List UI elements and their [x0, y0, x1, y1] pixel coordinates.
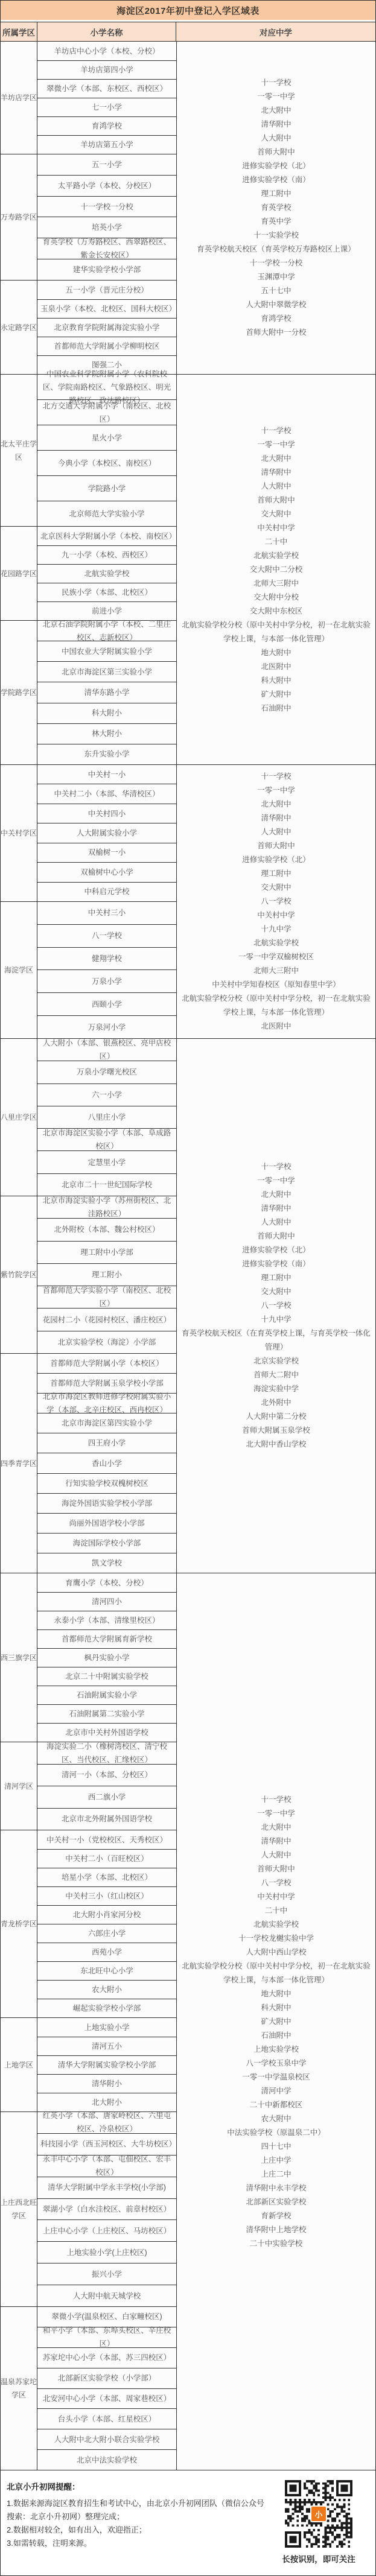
primary-school-cell: 翠湖小学（白水洼校区、前章村校区）	[37, 2198, 176, 2220]
district-group: 青龙桥学区中关村一小（党校校区、天秀校区）中关村二小（百旺校区）培星小学（本部、…	[1, 1830, 176, 2017]
middle-school-item: 十一实验学校	[253, 229, 299, 243]
primary-school-cell: 培英小学	[37, 217, 176, 238]
primary-school-cell: 清河一小（本部、分校区）	[37, 1764, 176, 1786]
middle-school-item: 育英中学	[261, 215, 291, 229]
page-title: 海淀区2017年初中登记入学区域表	[1, 1, 375, 20]
middle-school-item: 科大附中	[261, 2001, 291, 2015]
middle-school-item: 北航实验学校分校（原中关村中学分校，初一在北航实验学校上课，与本部一体化管理）	[180, 1959, 372, 1987]
district-group: 永定路学区五一小学（晋元庄分校）玉泉小学（本校、北校区、国科大校区）北京教育学院…	[1, 280, 176, 374]
middle-school-item: 交大附中	[261, 507, 291, 521]
primary-school-cell: 东升实验小学	[37, 744, 176, 764]
primary-school-cell: 海淀实验二小（橡树湾校区、清宁校区、当代校区、汇缘校区）	[37, 1742, 176, 1764]
middle-school-item: 北航实验学校	[253, 936, 299, 950]
middle-school-item: 上地实验学校	[253, 2043, 299, 2057]
middle-school-item: 人大附中	[261, 480, 291, 493]
district-cell: 北太平庄学区	[1, 375, 37, 526]
primary-school-cell: 北京市海淀区实验小学（本部、阜成路校区）	[37, 1128, 176, 1150]
middle-school-item: 农大附中	[261, 2112, 291, 2126]
middle-school-item: 十一学校	[261, 76, 291, 90]
primary-school-cell: 首都师范大学附属小学柳明校区	[37, 337, 176, 355]
middle-school-item: 北师大三附中	[253, 577, 299, 591]
primary-school-rows: 红英小学（本部、唐家岭校区、六里屯校区、冷泉校区）科技园小学（西玉河校区、大牛坊…	[37, 2112, 176, 2306]
primary-school-cell: 理工附小	[37, 1263, 176, 1286]
middle-school-item: 北师大三附中	[253, 964, 299, 978]
middle-school-item: 清华附中永丰学校	[246, 2181, 306, 2195]
primary-school-cell: 八里庄小学	[37, 1106, 176, 1128]
primary-school-cell: 中国农业大学附属实验小学	[37, 641, 176, 661]
middle-school-item: 北京实验学校	[253, 1354, 299, 1368]
district-group: 花园路学区北京医科大学附属小学（本校、南校区）九一小学（本校、西校区）北航实验学…	[1, 526, 176, 620]
primary-school-cell: 海淀国际学校小学部	[37, 1533, 176, 1553]
footer-note: 3.如需转载，注明来源。	[7, 2537, 264, 2550]
primary-school-cell: 北大附小肖家河分校	[37, 1905, 176, 1924]
primary-school-cell: 永泰小学（本部、清缘里校区）	[37, 1611, 176, 1629]
middle-school-item: 北医附中	[261, 660, 291, 674]
middle-school-item: 一零一中学温泉校区	[242, 2070, 310, 2084]
middle-school-item: 一零一中学双榆树校区	[238, 950, 314, 964]
primary-school-rows: 中关村三小八一学校健翔学校万泉小学西颐小学万泉河小学	[37, 902, 176, 1038]
middle-school-item: 育英学校	[261, 201, 291, 215]
primary-school-cell: 石油附属第二实验小学	[37, 1704, 176, 1723]
district-group: 上地学区上地实验小学清河五小清华大学附属实验学校小学部清华附小北大附小	[1, 2017, 176, 2111]
enrollment-table-sheet: 海淀区2017年初中登记入学区域表 所属学区 小学名称 对应中学 羊坊店学区羊坊…	[0, 0, 376, 2576]
middle-school-item: 上庄二中	[261, 2168, 291, 2181]
table-header-row: 所属学区 小学名称 对应中学	[1, 22, 375, 42]
primary-school-cell: 西颐小学	[37, 992, 176, 1015]
primary-school-cell: 健翔学校	[37, 947, 176, 970]
middle-school-item: 北大附中	[261, 452, 291, 466]
middle-school-item: 八一学校	[261, 1299, 291, 1313]
qr-block: 小 长按识别，即可关注	[268, 2480, 369, 2565]
middle-school-item: 进修实验学校（北）	[242, 853, 310, 867]
footer-note: 2.数据相对较全，如有出入，欢迎指正；	[7, 2524, 264, 2537]
middle-school-item: 北航实验学校分校（原中关村中学分校，初一在北航实验学校上课，与本部一体化管理）	[180, 618, 372, 646]
middle-school-item: 科大附中	[261, 674, 291, 688]
middle-school-item: 十一学校	[261, 424, 291, 438]
table-body: 羊坊店学区羊坊店中心小学（本校、分校）羊坊店第四小学翠微小学（本部、东校区、西校…	[1, 42, 375, 2470]
middle-school-item: 十一学校一分校	[250, 256, 303, 270]
middle-school-item: 十九中学	[261, 1313, 291, 1327]
primary-school-cell: 六郎庄小学	[37, 1924, 176, 1943]
middle-school-item: 八一学校	[261, 895, 291, 909]
middle-school-item: 清华附中	[261, 118, 291, 132]
middle-school-item: 石油附中	[261, 702, 291, 715]
primary-school-cell: 定慧里小学	[37, 1150, 176, 1173]
middle-school-item: 地大附中	[261, 1987, 291, 2001]
primary-school-cell: 今典小学（本校区、南校区）	[37, 450, 176, 475]
middle-school-item: 首师大附中	[257, 145, 295, 159]
footer-heading: 北京小升初网提醒：	[7, 2480, 264, 2492]
district-cell: 学院路学区	[1, 621, 37, 764]
district-cell: 上庄西北旺学区	[1, 2112, 37, 2306]
middle-school-item: 一零一中学	[257, 438, 295, 452]
middle-school-list: 十一学校一零一中学北大附中清华附中人大附中首师大附中交大附中中关村中学二十中北航…	[177, 375, 375, 764]
primary-school-cell: 学院路小学	[37, 475, 176, 501]
primary-school-rows: 五一小学太平路小学（本校、分校区）十一学校一分校培英小学育英学校（万寿路校区、西…	[37, 154, 176, 280]
primary-school-cell: 北京市海淀区教师进修学校附属实验小学（本部、北辛庄校区、西冉校区）	[37, 1393, 176, 1413]
middle-school-item: 育英学校航天校区（在育英学校上课，与育英学校一体化管理）	[180, 1327, 372, 1354]
primary-school-cell: 北京市中关村外国语学校	[37, 1723, 176, 1742]
region-row: 西三旗学区育鹰小学（本校、分校）清河四小永泰小学（本部、清缘里校区）首都师范大学…	[1, 1573, 375, 2470]
primary-school-cell: 北京市北外附属外国语学校	[37, 1808, 176, 1830]
primary-school-cell: 北京市海淀区第三实验小学	[37, 661, 176, 682]
primary-school-cell: 万泉河小学	[37, 1015, 176, 1038]
primary-school-cell: 花园村二小（花园村校区、潘庄校区）	[37, 1308, 176, 1330]
primary-school-cell: 玉泉小学（本校、北校区、国科大校区）	[37, 299, 176, 318]
primary-school-cell: 首都师范大学附属育新学校	[37, 1629, 176, 1648]
middle-school-item: 交大附中	[261, 881, 291, 895]
region-row: 羊坊店学区羊坊店中心小学（本校、分校）羊坊店第四小学翠微小学（本部、东校区、西校…	[1, 42, 375, 374]
district-cell: 紫竹院学区	[1, 1196, 37, 1353]
primary-school-cell: 九一小学（本校、西校区）	[37, 545, 176, 564]
middle-school-item: 人大附中	[261, 132, 291, 145]
middle-school-item: 理工附中	[261, 867, 291, 881]
district-cell: 四季青学区	[1, 1354, 37, 1573]
primary-school-cell: 农大附小	[37, 1980, 176, 1999]
middle-school-item: 首师大附中	[257, 493, 295, 507]
middle-school-item: 二十中	[265, 535, 288, 549]
middle-school-item: 北外附中	[261, 1396, 291, 1410]
primary-school-rows: 中关村一小中关村二小（本部、华清校区）中关村四小人大附属实验小学双榆树一小双榆树…	[37, 765, 176, 901]
middle-school-item: 人大附中	[261, 1848, 291, 1862]
middle-school-item: 十九中学	[261, 922, 291, 936]
district-group: 紫竹院学区北京市海淀实验小学（苏州街校区、北洼路校区）北外附校（本部、魏公村校区…	[1, 1196, 176, 1353]
qr-logo-icon: 小	[310, 2505, 327, 2522]
primary-school-cell: 台头小学（本部、红星校区）	[37, 2408, 176, 2429]
primary-school-cell: 西苑小学	[37, 1943, 176, 1961]
primary-school-cell: 北京石油学院附属小学（本校、二里庄校区、志新校区）	[37, 621, 176, 641]
middle-school-item: 矿大附中	[261, 2015, 291, 2029]
primary-school-cell: 万泉小学	[37, 969, 176, 992]
primary-school-cell: 上地实验小学	[37, 2018, 176, 2037]
middle-school-item: 首师大附中	[257, 1229, 295, 1243]
district-group: 万寿路学区五一小学太平路小学（本校、分校区）十一学校一分校培英小学育英学校（万寿…	[1, 154, 176, 280]
primary-school-cell: 清华附小	[37, 2074, 176, 2093]
middle-school-item: 玉渊潭中学	[257, 270, 295, 284]
primary-school-cell: 苏家坨中心小学（本部、苏三四校区）	[37, 2347, 176, 2368]
primary-school-cell: 振兴小学	[37, 2263, 176, 2285]
primary-school-cell: 北京市海淀实验小学（苏州街校区、北洼路校区）	[37, 1196, 176, 1218]
primary-school-cell: 北方交通大学附属小学（南校区、北校区）	[37, 399, 176, 425]
middle-school-item: 进修实验学校（南）	[242, 1257, 310, 1271]
district-group: 清河学区海淀实验二小（橡树湾校区、清宁校区、当代校区、汇缘校区）清河一小（本部、…	[1, 1742, 176, 1830]
middle-school-item: 一零一中学	[257, 1174, 295, 1188]
primary-school-cell: 翠微小学（本部、东校区、西校区）	[37, 79, 176, 98]
primary-school-rows: 翠微小学(温泉校区、白家疃校区)和平小学（本部、东埠头校区、辛庄校区）苏家坨中心…	[37, 2307, 176, 2470]
middle-school-item: 一零一中学	[257, 90, 295, 104]
primary-school-cell: 清河五小	[37, 2037, 176, 2055]
primary-school-cell: 北京市二十一世纪国际学校	[37, 1173, 176, 1196]
primary-school-rows: 北京医科大学附属小学（本校、南校区）九一小学（本校、西校区）北航实验学校民族小学…	[37, 527, 176, 620]
middle-school-item: 四十七中	[261, 2140, 291, 2154]
primary-school-rows: 北京市海淀实验小学（苏州街校区、北洼路校区）北外附校（本部、魏公村校区）理工附中…	[37, 1196, 176, 1353]
middle-school-item: 十一学校龙樾实验中学	[238, 1932, 314, 1946]
footer-note-section: 北京小升初网提醒： 1.数据来源海淀区教育招生和考试中心，由北京小升初网团队（微…	[1, 2470, 375, 2575]
primary-school-cell: 中关村一小（党校校区、天秀校区）	[37, 1830, 176, 1849]
middle-school-list: 十一学校一零一中学北大附中清华附中人大附中首师大附中进修实验学校（北）理工附中交…	[177, 765, 375, 1038]
district-cell: 中关村学区	[1, 765, 37, 901]
middle-school-item: 北部新区实验学校	[246, 2195, 306, 2209]
middle-school-item: 育新学校	[261, 2209, 291, 2223]
primary-school-cell: 五一小学	[37, 154, 176, 175]
middle-school-item: 清华附中	[261, 1835, 291, 1848]
primary-school-cell: 育英学校（万寿路校区、西翠路校区、紫金长安校区）	[37, 238, 176, 259]
district-group: 学院路学区北京石油学院附属小学（本校、二里庄校区、志新校区）中国农业大学附属实验…	[1, 620, 176, 764]
primary-school-rows: 羊坊店中心小学（本校、分校）羊坊店第四小学翠微小学（本部、东校区、西校区）七一小…	[37, 42, 176, 154]
district-cell: 羊坊店学区	[1, 42, 37, 154]
primary-school-cell: 中关村三小（红山校区）	[37, 1886, 176, 1905]
primary-school-cell: 北部新区实验学校（小学部）	[37, 2368, 176, 2388]
middle-school-item: 海淀实验中学	[253, 1382, 299, 1396]
primary-school-cell: 北外附校（本部、魏公村校区）	[37, 1218, 176, 1240]
middle-school-item: 北大附中	[261, 1188, 291, 1202]
middle-school-item: 中关村中学	[257, 521, 295, 535]
district-group: 中关村学区中关村一小中关村二小（本部、华清校区）中关村四小人大附属实验小学双榆树…	[1, 765, 176, 901]
middle-school-item: 上庄中学	[261, 2154, 291, 2168]
middle-school-item: 交大附中东校区	[250, 604, 303, 618]
middle-school-item: 北大附中	[261, 1821, 291, 1835]
primary-school-cell: 清华大学附属中学永丰学校(小学部)	[37, 2177, 176, 2198]
middle-school-item: 北航实验学校	[253, 1918, 299, 1932]
primary-school-rows: 首都师范大学附属小学（本校区）首都师范大学附属玉泉学校小学部北京市海淀区教师进修…	[37, 1354, 176, 1573]
region-row: 八里庄学区人大附小（本部、银燕校区、亮甲店校区）万泉小学曙光校区六一小学八里庄小…	[1, 1038, 375, 1573]
primary-school-cell: 人大附小（本部、银燕校区、亮甲店校区）	[37, 1039, 176, 1061]
primary-school-cell: 太平路小学（本校、分校区）	[37, 175, 176, 196]
primary-school-cell: 清华东路小学	[37, 682, 176, 702]
middle-school-item: 人大附中翠微学校	[246, 298, 306, 312]
middle-school-item: 地大附中	[261, 646, 291, 660]
region-left-columns: 中关村学区中关村一小中关村二小（本部、华清校区）中关村四小人大附属实验小学双榆树…	[1, 765, 177, 1038]
middle-school-item: 理工附中	[261, 187, 291, 201]
middle-school-item: 首师大二附中	[253, 1368, 299, 1382]
column-header-middle-school: 对应中学	[176, 22, 375, 41]
qr-code[interactable]: 小	[285, 2480, 352, 2548]
primary-school-cell: 上庄中心小学（上庄校区、马坊校区）	[37, 2219, 176, 2241]
middle-school-item: 十一学校	[261, 770, 291, 784]
region-row: 北太平庄学区中国农业科学院附属小学（农科院校区、学院南路校区、气象路校区、明光路…	[1, 374, 375, 764]
middle-school-item: 北大附中	[261, 798, 291, 811]
middle-school-item: 首师大附属玉泉学校	[242, 1424, 310, 1438]
district-group: 北太平庄学区中国农业科学院附属小学（农科院校区、学院南路校区、气象路校区、明光路…	[1, 375, 176, 526]
district-group: 西三旗学区育鹰小学（本校、分校）清河四小永泰小学（本部、清缘里校区）首都师范大学…	[1, 1573, 176, 1742]
middle-school-item: 北大附中香山学校	[246, 1438, 306, 1451]
middle-school-item: 人大附中	[261, 825, 291, 839]
primary-school-cell: 中关村二小（百旺校区）	[37, 1849, 176, 1868]
primary-school-cell: 尚丽外国语学校小学部	[37, 1513, 176, 1533]
middle-school-list: 十一学校一零一中学北大附中清华附中人大附中首师大附中八一学校中关村中学二十中北航…	[177, 1573, 375, 2470]
primary-school-cell: 羊坊店中心小学（本校、分校）	[37, 42, 176, 60]
primary-school-cell: 星火小学	[37, 425, 176, 450]
primary-school-cell: 石油附属实验小学	[37, 1686, 176, 1704]
primary-school-cell: 科大附小	[37, 703, 176, 723]
primary-school-cell: 首都师范大学附属小学（本校区）	[37, 1354, 176, 1373]
primary-school-cell: 红英小学（本部、唐家岭校区、六里屯校区、冷泉校区）	[37, 2112, 176, 2133]
region-left-columns: 北太平庄学区中国农业科学院附属小学（农科院校区、学院南路校区、气象路校区、明光路…	[1, 375, 177, 764]
primary-school-cell: 万泉小学曙光校区	[37, 1061, 176, 1083]
primary-school-cell: 双榆树一小	[37, 843, 176, 862]
district-cell: 八里庄学区	[1, 1039, 37, 1196]
middle-school-item: 八一学校玉泉中学	[246, 2057, 306, 2070]
region-left-columns: 西三旗学区育鹰小学（本校、分校）清河四小永泰小学（本部、清缘里校区）首都师范大学…	[1, 1573, 177, 2470]
primary-school-cell: 四王府小学	[37, 1433, 176, 1453]
primary-school-cell: 东北旺中心小学	[37, 1961, 176, 1980]
primary-school-rows: 上地实验小学清河五小清华大学附属实验学校小学部清华附小北大附小	[37, 2018, 176, 2111]
primary-school-cell: 北京二十中附属实验学校	[37, 1667, 176, 1686]
primary-school-rows: 北京石油学院附属小学（本校、二里庄校区、志新校区）中国农业大学附属实验小学北京市…	[37, 621, 176, 764]
primary-school-cell: 育鸿学校	[37, 116, 176, 135]
middle-school-item: 矿大附中	[261, 688, 291, 702]
primary-school-cell: 凯文学校	[37, 1553, 176, 1573]
middle-school-item: 理工附中	[261, 1271, 291, 1285]
primary-school-cell: 人大附中航天城学校	[37, 2285, 176, 2306]
middle-school-item: 首师大附中	[257, 839, 295, 853]
primary-school-cell: 永丰中心小学（本部、屯佃校区、宏丰校区）	[37, 2155, 176, 2177]
footer-text-block: 北京小升初网提醒： 1.数据来源海淀区教育招生和考试中心，由北京小升初网团队（微…	[7, 2480, 268, 2565]
primary-school-rows: 五一小学（晋元庄分校）玉泉小学（本校、北校区、国科大校区）北京教育学院附属海淀实…	[37, 281, 176, 374]
district-cell: 永定路学区	[1, 281, 37, 374]
middle-school-item: 二十中实验学校	[250, 2237, 303, 2251]
primary-school-cell: 北京市海淀区第四实验小学	[37, 1413, 176, 1433]
middle-school-item: 石油附中	[261, 2029, 291, 2043]
primary-school-cell: 八一学校	[37, 924, 176, 947]
middle-school-item: 中法实验学校（原温泉二中）	[227, 2126, 325, 2140]
middle-school-item: 育英学校航天校区（育英学校万寿路校区上课）	[197, 243, 355, 256]
middle-school-item: 中关村中学知春校区（原知春里中学）	[212, 978, 340, 992]
region-left-columns: 羊坊店学区羊坊店中心小学（本校、分校）羊坊店第四小学翠微小学（本部、东校区、西校…	[1, 42, 177, 374]
district-group: 四季青学区首都师范大学附属小学（本校区）首都师范大学附属玉泉学校小学部北京市海淀…	[1, 1353, 176, 1573]
primary-school-cell: 香山小学	[37, 1453, 176, 1473]
primary-school-cell: 科技园小学（西玉河校区、大牛坊校区）	[37, 2133, 176, 2155]
middle-school-item: 北航实验学校	[253, 549, 299, 563]
middle-school-item: 八一学校	[261, 1876, 291, 1890]
primary-school-cell: 北大附小	[37, 2093, 176, 2111]
region-left-columns: 八里庄学区人大附小（本部、银燕校区、亮甲店校区）万泉小学曙光校区六一小学八里庄小…	[1, 1039, 177, 1573]
middle-school-item: 十一学校	[261, 1793, 291, 1807]
primary-school-cell: 行知实验学校双槐树校区	[37, 1473, 176, 1493]
primary-school-cell: 理工附中小学部	[37, 1241, 176, 1263]
primary-school-cell: 中国农业科学院附属小学（农科院校区、学院南路校区、气象路校区、明光路校区、政法路…	[37, 375, 176, 399]
primary-school-cell: 羊坊店第四小学	[37, 60, 176, 79]
middle-school-item: 清华附中上地学校	[246, 2223, 306, 2237]
primary-school-cell: 西二旗小学	[37, 1786, 176, 1808]
middle-school-item: 北航实验学校分校（原中关村中学分校，初一在北航实验学校上课，与本部一体化管理）	[180, 992, 372, 1020]
middle-school-item: 交大附中分校	[253, 591, 299, 604]
middle-school-item: 交大附中	[261, 1285, 291, 1299]
primary-school-rows: 中国农业科学院附属小学（农科院校区、学院南路校区、气象路校区、明光路校区、政法路…	[37, 375, 176, 526]
middle-school-item: 首师大附中	[257, 1862, 295, 1876]
primary-school-cell: 建华实验学校小学部	[37, 259, 176, 280]
district-group: 温泉苏家坨学区翠微小学(温泉校区、白家疃校区)和平小学（本部、东埠头校区、辛庄校…	[1, 2306, 176, 2470]
middle-school-item: 清华附中	[261, 466, 291, 480]
column-header-primary-school: 小学名称	[37, 22, 176, 41]
middle-school-item: 二十中新都校区	[250, 2098, 303, 2112]
district-cell: 花园路学区	[1, 527, 37, 620]
primary-school-cell: 羊坊店第五小学	[37, 135, 176, 154]
primary-school-cell: 首都师范大学实验小学（南校区、北校区）	[37, 1286, 176, 1308]
district-group: 上庄西北旺学区红英小学（本部、唐家岭校区、六里屯校区、冷泉校区）科技园小学（西玉…	[1, 2111, 176, 2306]
primary-school-cell: 中关村三小	[37, 902, 176, 924]
primary-school-cell: 北安河中心小学（本部、周家巷校区）	[37, 2388, 176, 2409]
middle-school-item: 人大附中西山学校	[246, 1946, 306, 1959]
primary-school-cell: 中科启元学校	[37, 882, 176, 901]
district-group: 八里庄学区人大附小（本部、银燕校区、亮甲店校区）万泉小学曙光校区六一小学八里庄小…	[1, 1039, 176, 1196]
district-cell: 海淀学区	[1, 902, 37, 1038]
district-cell: 温泉苏家坨学区	[1, 2307, 37, 2470]
qr-caption: 长按识别，即可关注	[282, 2552, 355, 2565]
primary-school-cell: 北京实验学校（海淀）小学部	[37, 1331, 176, 1353]
district-cell: 上地学区	[1, 2018, 37, 2111]
middle-school-item: 首师大附中一分校	[246, 326, 306, 340]
primary-school-cell: 十一学校一分校	[37, 196, 176, 217]
district-cell: 西三旗学区	[1, 1573, 37, 1742]
primary-school-cell: 北京师范大学实验小学	[37, 501, 176, 526]
primary-school-cell: 崛起实验学校小学部	[37, 1999, 176, 2017]
primary-school-cell: 中关村一小	[37, 765, 176, 784]
primary-school-cell: 北京医科大学附属小学（本校、南校区）	[37, 527, 176, 545]
middle-school-item: 一零一中学	[257, 1807, 295, 1821]
primary-school-cell: 民族小学（本部、北校区）	[37, 583, 176, 601]
primary-school-cell: 人大附属实验小学	[37, 823, 176, 842]
middle-school-item: 二十中	[265, 1904, 288, 1918]
middle-school-item: 进修实验学校（北）	[242, 1243, 310, 1257]
region-row: 中关村学区中关村一小中关村二小（本部、华清校区）中关村四小人大附属实验小学双榆树…	[1, 764, 375, 1038]
primary-school-cell: 中关村二小（本部、华清校区）	[37, 784, 176, 803]
primary-school-cell: 北京教育学院附属海淀实验小学	[37, 318, 176, 337]
middle-school-item: 中关村中学	[257, 1890, 295, 1904]
primary-school-cell: 上地实验小学(上庄校区)	[37, 2241, 176, 2263]
middle-school-item: 一零一中学	[257, 784, 295, 798]
district-group: 羊坊店学区羊坊店中心小学（本校、分校）羊坊店第四小学翠微小学（本部、东校区、西校…	[1, 42, 176, 154]
footer-note: 1.数据来源海淀区教育招生和考试中心，由北京小升初网团队（微信公众号搜索：北京小…	[7, 2497, 264, 2524]
primary-school-cell: 中关村四小	[37, 804, 176, 823]
middle-school-item: 北大附中	[261, 104, 291, 118]
middle-school-item: 北医附中	[261, 1020, 291, 1033]
primary-school-rows: 育鹰小学（本校、分校）清河四小永泰小学（本部、清缘里校区）首都师范大学附属育新学…	[37, 1573, 176, 1742]
middle-school-item: 清河中学	[261, 2084, 291, 2098]
district-cell: 青龙桥学区	[1, 1830, 37, 2017]
middle-school-item: 育鸿学校	[261, 312, 291, 326]
middle-school-item: 五十七中	[261, 284, 291, 298]
middle-school-item: 清华附中	[261, 1202, 291, 1216]
middle-school-item: 十一学校	[261, 1160, 291, 1174]
middle-school-item: 人大附中	[261, 1216, 291, 1229]
middle-school-item: 清华附中	[261, 811, 291, 825]
primary-school-cell: 七一小学	[37, 98, 176, 116]
middle-school-item: 交大附中二分校	[250, 563, 303, 577]
district-cell: 清河学区	[1, 1742, 37, 1830]
primary-school-cell: 海淀外国语实验学校小学部	[37, 1493, 176, 1513]
middle-school-item: 中关村中学	[257, 909, 295, 922]
primary-school-cell: 和平小学（本部、东埠头校区、辛庄校区）	[37, 2327, 176, 2347]
primary-school-cell: 育鹰小学（本校、分校）	[37, 1573, 176, 1592]
primary-school-cell: 双榆树中心小学	[37, 862, 176, 881]
middle-school-list: 十一学校一零一中学北大附中清华附中人大附中首师大附中进修实验学校（北）进修实验学…	[177, 1039, 375, 1573]
primary-school-cell: 北京中法实验学校	[37, 2449, 176, 2470]
primary-school-cell: 培星小学（本部、北校区）	[37, 1868, 176, 1886]
middle-school-item: 进修实验学校（北）	[242, 159, 310, 173]
primary-school-rows: 海淀实验二小（橡树湾校区、清宁校区、当代校区、汇缘校区）清河一小（本部、分校区）…	[37, 1742, 176, 1830]
primary-school-cell: 枫丹实验小学	[37, 1648, 176, 1667]
primary-school-cell: 人大附中北大附小联合实验学校	[37, 2429, 176, 2449]
primary-school-rows: 人大附小（本部、银燕校区、亮甲店校区）万泉小学曙光校区六一小学八里庄小学北京市海…	[37, 1039, 176, 1196]
primary-school-cell: 北航实验学校	[37, 564, 176, 583]
primary-school-cell: 林大附小	[37, 723, 176, 744]
district-cell: 万寿路学区	[1, 154, 37, 280]
middle-school-list: 十一学校一零一中学北大附中清华附中人大附中首师大附中进修实验学校（北）进修实验学…	[177, 42, 375, 374]
column-header-district: 所属学区	[1, 22, 37, 41]
middle-school-item: 人大附中第二分校	[246, 1410, 306, 1424]
middle-school-item: 进修实验学校（南）	[242, 173, 310, 187]
